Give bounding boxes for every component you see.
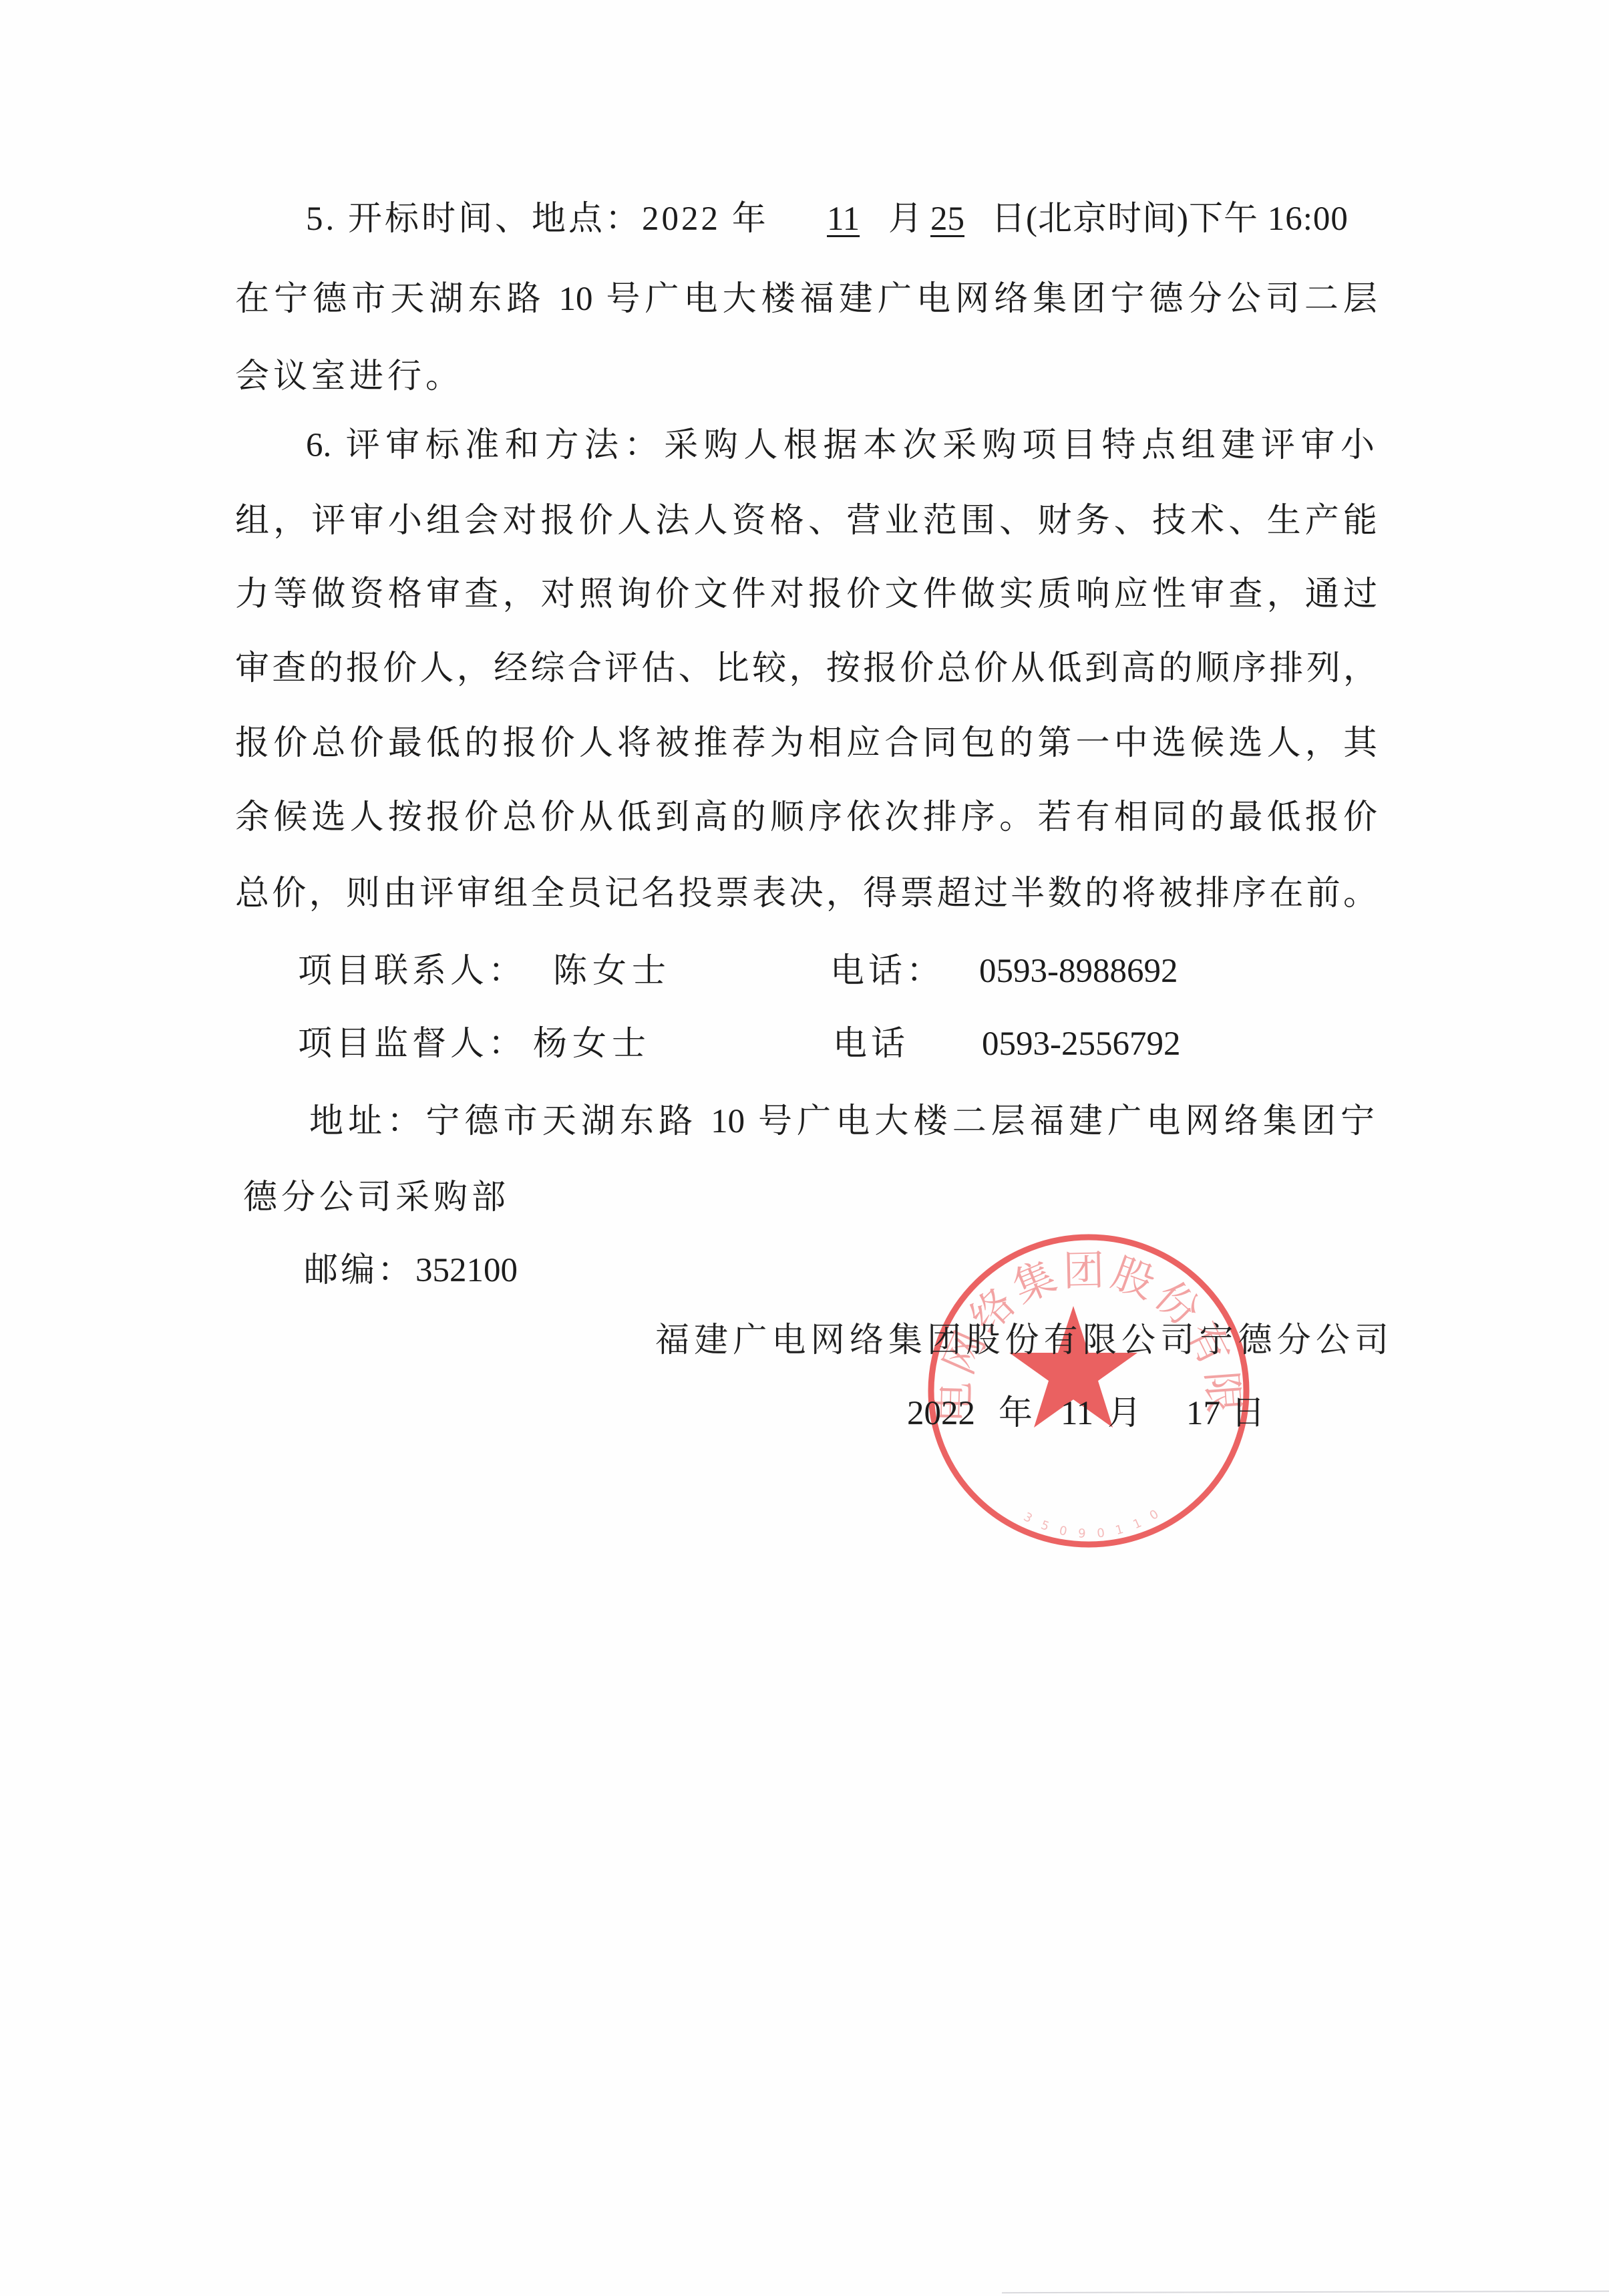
section5-line2: 在宁德市天湖东路 10 号广电大楼福建广电网络集团宁德分公司二层: [235, 276, 1377, 323]
postcode-value: 352100: [415, 1247, 518, 1294]
section6-line2: 组，评审小组会对报价人法人资格、营业范围、财务、技术、生产能: [235, 498, 1377, 544]
contact-role-label: 项目联系人：: [298, 948, 526, 995]
document-page: 5. 开标时间、地点：2022 年 11 月 25 日(北京时间)下午 16:0…: [0, 0, 1609, 2296]
section6-line7: 总价，则由评审组全员记名投票表决，得票超过半数的将被排序在前。: [235, 870, 1377, 917]
svg-text:电网络集团股份有限公司宁德分公司: 电网络集团股份有限公司宁德分公司: [902, 1192, 1249, 1424]
date-year-unit: 年: [999, 1390, 1033, 1437]
section6-line6: 余候选人按报价总价从低到高的顺序依次排序。若有相同的最低报价: [235, 794, 1377, 841]
address-line1: 地址：宁德市天湖东路 10 号广电大楼二层福建广电网络集团宁: [309, 1098, 1375, 1145]
contact-row-project-contact: 项目联系人： 陈女士 电话： 0593-8988692: [298, 948, 1233, 995]
supervisor-role-label: 项目监督人：: [298, 1021, 526, 1068]
section5-line3: 会议室进行。: [235, 353, 464, 400]
signature-organization: 福建广电网络集团股份有限公司宁德分公司: [655, 1317, 1389, 1364]
supervisor-phone-label: 电话: [833, 1021, 909, 1068]
section6-line5: 报价总价最低的报价人将被推荐为相应合同包的第一中选候选人，其: [235, 720, 1377, 767]
section6-line4: 审查的报价人，经综合评估、比较，按报价总价从低到高的顺序排列，: [235, 645, 1377, 692]
opening-day: 25: [930, 196, 964, 242]
contact-phone: 0593-8988692: [979, 948, 1178, 995]
date-year: 2022: [907, 1390, 975, 1437]
postcode-label: 邮编：: [304, 1247, 414, 1294]
date-day: 17: [1186, 1390, 1220, 1437]
opening-month: 11: [827, 196, 860, 242]
date-day-unit: 日: [1231, 1390, 1265, 1437]
date-month: 11: [1061, 1390, 1093, 1437]
section5-prefix: 5. 开标时间、地点：2022 年: [306, 196, 769, 242]
date-month-unit: 月: [1107, 1390, 1141, 1437]
section5-suffix: 日(北京时间)下午 16:00: [991, 196, 1349, 242]
signature-date: 2022 年 11 月 17 日: [907, 1390, 1268, 1437]
section5-line1: 5. 开标时间、地点：2022 年 11 月 25 日(北京时间)下午 16:0…: [306, 196, 1381, 242]
address-line2: 德分公司采购部: [243, 1174, 510, 1221]
section6-line3: 力等做资格审查，对照询价文件对报价文件做实质响应性审查，通过: [235, 571, 1377, 618]
postcode-row: 邮编： 352100: [304, 1247, 571, 1294]
contact-phone-label: 电话：: [830, 948, 944, 995]
contact-name: 陈女士: [553, 948, 671, 995]
section6-line1: 6. 评审标准和方法：采购人根据本次采购项目特点组建评审小: [306, 422, 1375, 469]
scan-edge-line: [1002, 2291, 1609, 2293]
svg-text:3 5 0 9 0 1 1 0 5 8 5 6: 3 5 0 9 0 1 1 0 5 8 5 6: [919, 1220, 1164, 1541]
contact-row-project-supervisor: 项目监督人： 杨女士 电话 0593-2556792: [298, 1021, 1233, 1068]
supervisor-phone: 0593-2556792: [982, 1021, 1180, 1068]
month-unit: 月: [888, 196, 922, 242]
supervisor-name: 杨女士: [533, 1021, 651, 1068]
